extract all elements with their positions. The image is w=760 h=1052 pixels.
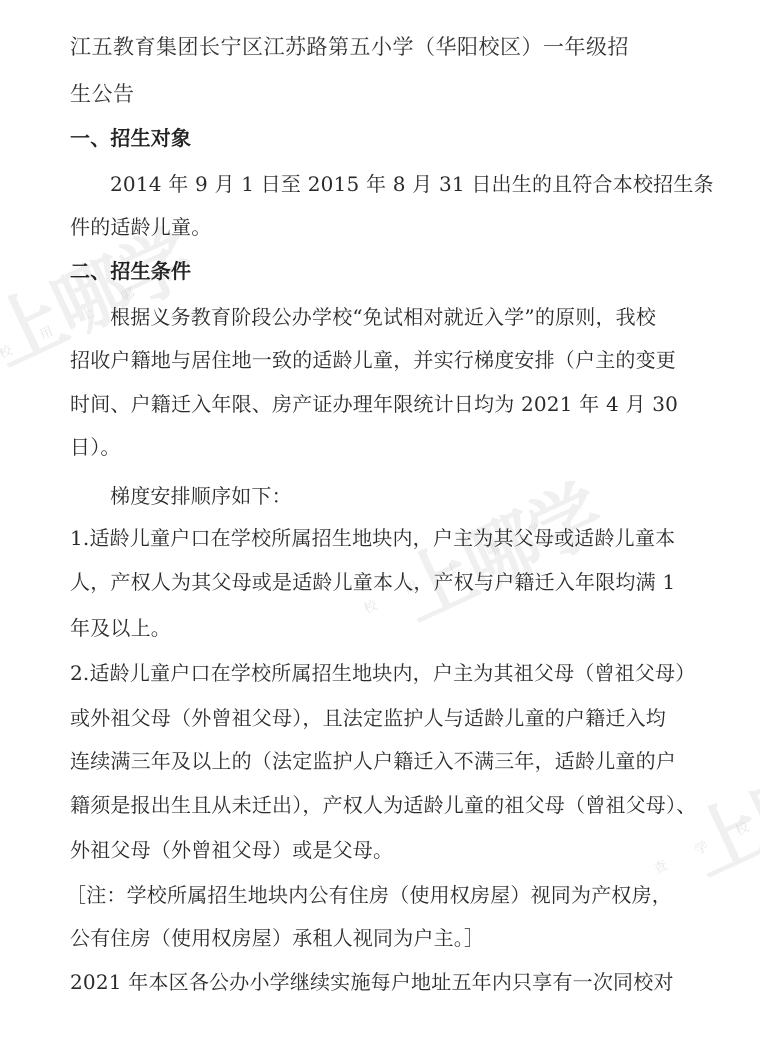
paragraph-line: 招收户籍地与居住地一致的适龄儿童，并实行梯度安排（户主的变更: [70, 347, 670, 373]
document-title-line-2: 生公告: [70, 81, 670, 107]
list-item-1-line: 人，产权人为其父母或是适龄儿童本人，产权与户籍迁入年限均满 1: [70, 569, 670, 595]
note-line: ［注：学校所属招生地块内公有住房（使用权房屋）视同为产权房，: [66, 882, 666, 908]
list-item-1-line: 1.适龄儿童户口在学校所属招生地块内，户主为其父母或适龄儿童本: [70, 525, 670, 551]
trailing-paragraph-line: 2021 年本区各公办小学继续实施每户地址五年内只享有一次同校对: [70, 969, 670, 995]
document-page: 上哪学 校 用 上 哪 学 上哪学 校 用 上 哪 学 上哪学 查 学 校 用 …: [0, 0, 760, 1052]
section-heading-enrollment-target: 一、招生对象: [70, 125, 670, 151]
paragraph-line: 时间、户籍迁入年限、房产证办理年限统计日均为 2021 年 4 月 30: [70, 391, 670, 417]
paragraph-line: 日）。: [70, 434, 670, 460]
paragraph-line: 2014 年 9 月 1 日至 2015 年 8 月 31 日出生的且符合本校招…: [110, 171, 710, 197]
paragraph-line: 根据义务教育阶段公办学校“免试相对就近入学”的原则，我校: [110, 304, 710, 330]
list-item-1-line: 年及以上。: [70, 615, 670, 641]
note-line: 公有住房（使用权房屋）承租人视同为户主。］: [70, 925, 670, 951]
document-title-line-1: 江五教育集团长宁区江苏路第五小学（华阳校区）一年级招: [70, 34, 670, 60]
section-heading-enrollment-conditions: 二、招生条件: [70, 258, 670, 284]
list-item-2-line: 外祖父母（外曾祖父母）或是父母。: [70, 837, 670, 863]
paragraph-line: 件的适龄儿童。: [70, 214, 670, 240]
list-item-2-line: 或外祖父母（外曾祖父母），且法定监护人与适龄儿童的户籍迁入均: [70, 705, 670, 731]
order-intro: 梯度安排顺序如下：: [110, 483, 710, 509]
list-item-2-line: 2.适龄儿童户口在学校所属招生地块内，户主为其祖父母（曾祖父母）: [70, 660, 670, 686]
list-item-2-line: 籍须是报出生且从未迁出），产权人为适龄儿童的祖父母（曾祖父母）、: [70, 792, 670, 818]
list-item-2-line: 连续满三年及以上的（法定监护人户籍迁入不满三年，适龄儿童的户: [70, 748, 670, 774]
